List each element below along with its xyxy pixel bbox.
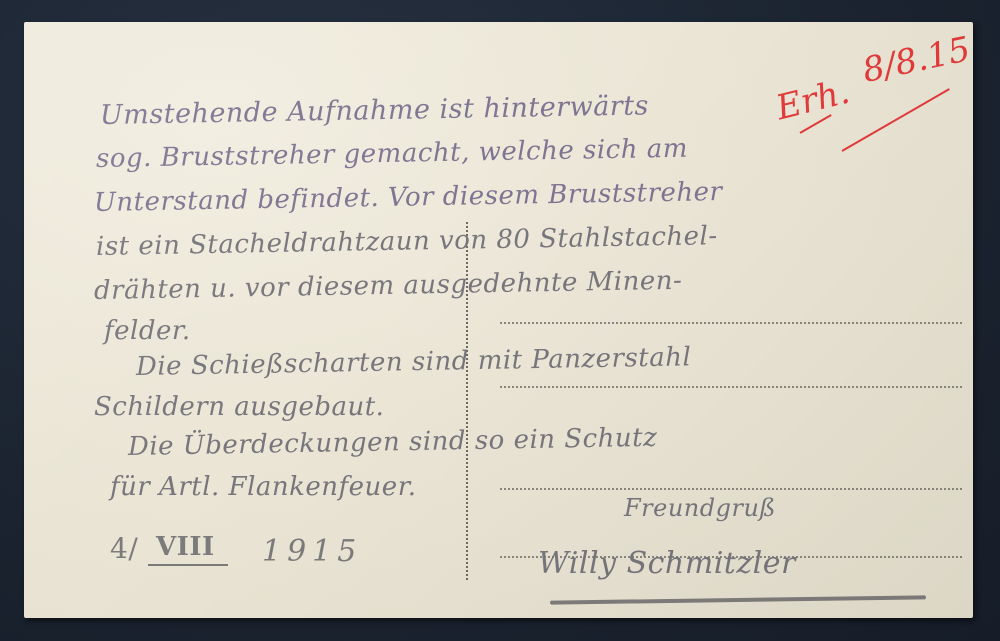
address-line-1 [500, 322, 962, 324]
postcard: Erh. 8/8.15 Umstehende Aufnahme ist hint… [24, 22, 973, 618]
message-line-10: für Artl. Flankenfeuer. [110, 472, 417, 502]
received-date: 8/8.15 [859, 29, 974, 91]
message-line-8: Schildern ausgebaut. [94, 392, 384, 422]
signature: Willy Schmitzler [538, 546, 796, 581]
received-label: Erh. [772, 72, 853, 129]
address-line-2 [500, 386, 962, 388]
message-line-1: Umstehende Aufnahme ist hinterwärts [100, 90, 649, 131]
received-underline-2 [842, 88, 950, 152]
signature-underline [550, 595, 926, 604]
message-line-7: Die Schießscharten sind mit Panzerstahl [136, 342, 692, 382]
date-month: VIII [156, 532, 215, 562]
address-line-3 [500, 488, 962, 490]
date-year: 1915 [262, 534, 362, 569]
message-line-2: sog. Bruststreher gemacht, welche sich a… [96, 134, 688, 174]
date-month-underline [148, 564, 228, 566]
message-line-4: ist ein Stacheldrahtzaun von 80 Stahlsta… [96, 221, 718, 262]
message-line-9: Die Überdeckungen sind so ein Schutz [128, 423, 658, 462]
date-day: 4/ [110, 532, 138, 565]
message-line-6: felder. [104, 316, 191, 346]
greeting: Freundgruß [624, 494, 776, 522]
message-line-5: drähten u. vor diesem ausgedehnte Minen- [94, 266, 683, 306]
message-line-3: Unterstand befindet. Vor diesem Bruststr… [94, 177, 723, 218]
